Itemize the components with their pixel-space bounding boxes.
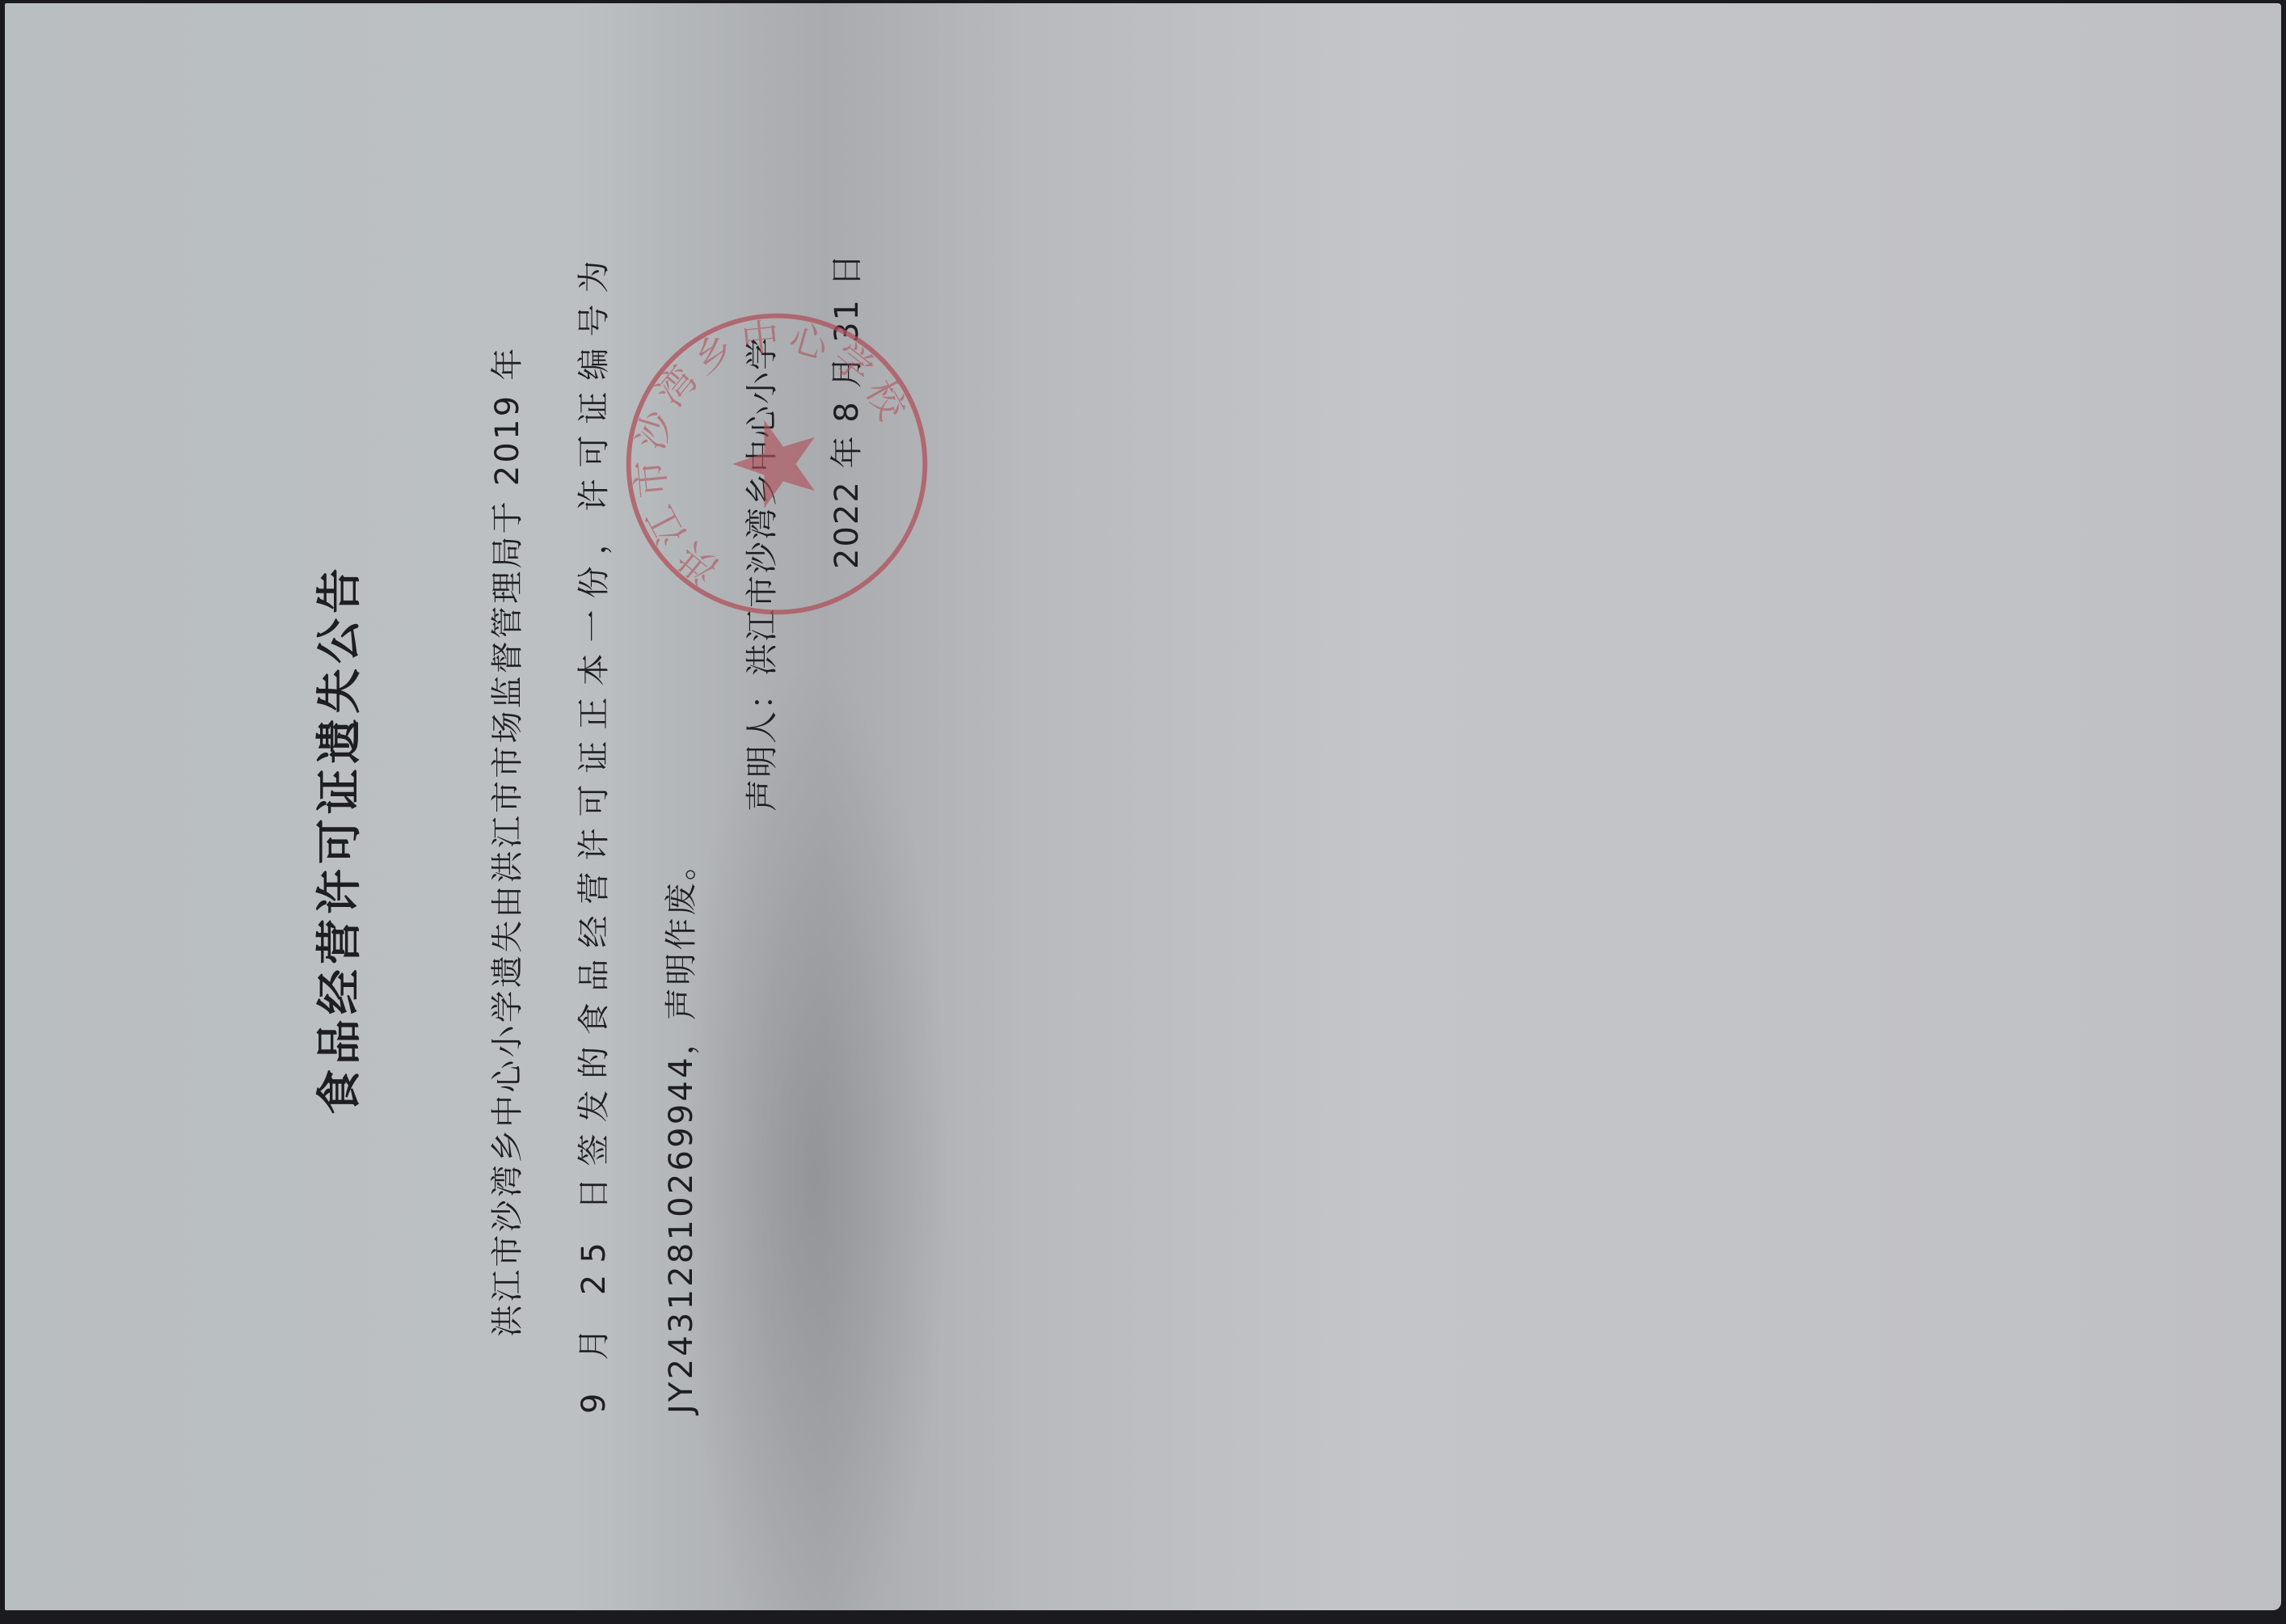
body-line-3: JY24312810269944，声明作废。 <box>656 846 702 1414</box>
body-line-2: 9 月 25 日签发的食品经营许可证正本一份，许可证编号为 <box>568 250 614 1415</box>
official-seal-icon: 洪江市沙湾乡中心学校 <box>619 306 934 622</box>
document-title: 食品经营许可证遗失公告 <box>304 563 369 1115</box>
body-line-1: 洪江市沙湾乡中心小学遗失由洪江市市场监督管理局于 2019 年 <box>482 346 528 1337</box>
paper-sheet: 食品经营许可证遗失公告 洪江市沙湾乡中心小学遗失由洪江市市场监督管理局于 201… <box>5 3 2281 1610</box>
declarant-label: 声明人： <box>744 676 781 812</box>
